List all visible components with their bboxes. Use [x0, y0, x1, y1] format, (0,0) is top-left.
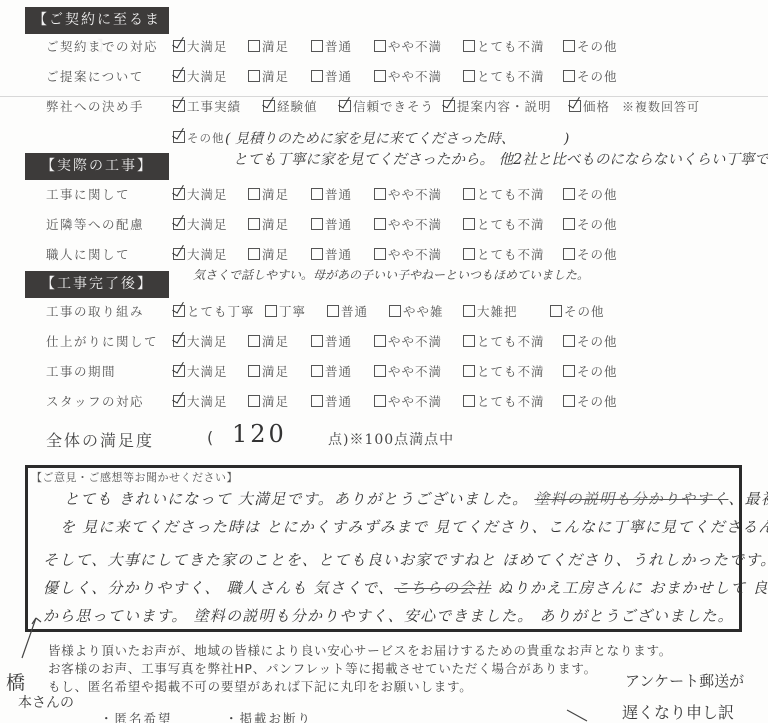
option-other[interactable]: その他	[563, 243, 618, 267]
checkbox-icon[interactable]	[248, 40, 260, 52]
checkbox-icon[interactable]	[374, 365, 386, 377]
row-craftsmen: 職人に関して 大満足 満足 普通 やや不満 とても不満 その他	[0, 243, 768, 267]
option-satisfied[interactable]: 満足	[248, 360, 289, 384]
checkbox-icon[interactable]	[563, 218, 575, 230]
overall-score-input[interactable]: 120	[232, 420, 287, 448]
decline-publication-option[interactable]: ・掲載お断り	[225, 709, 312, 723]
checkbox-icon[interactable]	[311, 40, 323, 52]
option-other[interactable]: その他	[563, 65, 618, 89]
option-other[interactable]: その他	[550, 300, 605, 324]
option-very-dissatisfied[interactable]: とても不満	[463, 390, 545, 414]
option-somewhat-dissatisfied[interactable]: やや不満	[374, 183, 442, 207]
section-header-after-completion: 【工事完了後】	[25, 271, 169, 298]
option-normal[interactable]: 普通	[311, 65, 352, 89]
checkbox-icon[interactable]	[311, 248, 323, 260]
arrow-icon	[10, 600, 50, 660]
checkbox-icon[interactable]	[311, 218, 323, 230]
handwritten-other-reason-2: とても丁寧に家を見てくださったから。 他2社と比べものにならないくらい丁寧でした…	[233, 148, 768, 169]
open-paren: (	[207, 428, 213, 447]
checkbox-checked-icon[interactable]	[263, 100, 275, 112]
option-other[interactable]: その他	[563, 35, 618, 59]
checkbox-icon[interactable]	[563, 395, 575, 407]
row-label: 仕上がりに関して	[46, 330, 158, 354]
row-decision-other: その他 ( 見積りのために家を見に来てくださった時、 )	[0, 126, 768, 150]
row-finish: 仕上がりに関して 大満足 満足 普通 やや不満 とても不満 その他	[0, 330, 768, 354]
option-trustworthy[interactable]: 信頼できそう	[339, 95, 434, 119]
checkbox-checked-icon[interactable]	[173, 218, 185, 230]
checkbox-icon[interactable]	[248, 335, 260, 347]
checkbox-icon[interactable]	[265, 305, 277, 317]
checkbox-icon[interactable]	[311, 188, 323, 200]
checkbox-icon[interactable]	[248, 395, 260, 407]
option-very-dissatisfied[interactable]: とても不満	[463, 183, 545, 207]
option-very-satisfied[interactable]: 大満足	[173, 243, 228, 267]
struck-text: 塗料の説明も分かりやすく	[534, 490, 728, 508]
option-very-sloppy[interactable]: 大雑把	[463, 300, 518, 324]
row-label: 近隣等への配慮	[46, 213, 144, 237]
checkbox-icon[interactable]	[463, 248, 475, 260]
checkbox-checked-icon[interactable]	[339, 100, 351, 112]
checkbox-icon[interactable]	[463, 395, 475, 407]
checkbox-icon[interactable]	[463, 70, 475, 82]
handwritten-other-reason-1: ( 見積りのために家を見に来てくださった時、 )	[225, 128, 569, 148]
struck-text: こちらの会社	[394, 579, 491, 597]
footer-note-3: もし、匿名希望や掲載不可の要望があれば下記に丸印をお願いします。	[48, 677, 473, 695]
option-very-dissatisfied[interactable]: とても不満	[463, 213, 545, 237]
option-somewhat-dissatisfied[interactable]: やや不満	[374, 330, 442, 354]
option-somewhat-dissatisfied[interactable]: やや不満	[374, 35, 442, 59]
checkbox-icon[interactable]	[248, 248, 260, 260]
checkbox-icon[interactable]	[374, 188, 386, 200]
option-proposal-explanation[interactable]: 提案内容・説明	[443, 95, 552, 119]
checkbox-icon[interactable]	[374, 335, 386, 347]
option-other[interactable]: その他	[173, 126, 225, 150]
row-effort: 工事の取り組み とても丁寧 丁寧 普通 やや雑 大雑把 その他	[0, 300, 768, 324]
checkbox-checked-icon[interactable]	[173, 365, 185, 377]
option-satisfied[interactable]: 満足	[248, 35, 289, 59]
row-contract-response: ご契約までの対応 大満足 満足 普通 やや不満 とても不満 その他	[0, 35, 768, 59]
option-very-satisfied[interactable]: 大満足	[173, 390, 228, 414]
row-staff: スタッフの対応 大満足 満足 普通 やや不満 とても不満 その他	[0, 390, 768, 414]
checkbox-icon[interactable]	[374, 395, 386, 407]
option-very-satisfied[interactable]: 大満足	[173, 183, 228, 207]
option-careful[interactable]: 丁寧	[265, 300, 306, 324]
option-very-careful[interactable]: とても丁寧	[173, 300, 255, 324]
comments-title: 【ご意見・ご感想等お聞かせください】	[31, 469, 238, 485]
checkbox-checked-icon[interactable]	[173, 305, 185, 317]
checkbox-checked-icon[interactable]	[173, 70, 185, 82]
margin-note-name-2: 本さんの	[18, 692, 74, 712]
checkbox-icon[interactable]	[550, 305, 562, 317]
option-satisfied[interactable]: 満足	[248, 213, 289, 237]
comment-line-5: から思っています。 塗料の説明も分かりやすく、安心できました。 ありがとうござい…	[43, 605, 734, 626]
option-somewhat-dissatisfied[interactable]: やや不満	[374, 360, 442, 384]
checkbox-icon[interactable]	[311, 365, 323, 377]
row-neighbors: 近隣等への配慮 大満足 満足 普通 やや不満 とても不満 その他	[0, 213, 768, 237]
option-normal[interactable]: 普通	[311, 183, 352, 207]
option-other[interactable]: その他	[563, 360, 618, 384]
option-normal[interactable]: 普通	[311, 330, 352, 354]
checkbox-icon[interactable]	[374, 40, 386, 52]
option-very-dissatisfied[interactable]: とても不満	[463, 243, 545, 267]
checkbox-icon[interactable]	[374, 70, 386, 82]
row-work: 工事に関して 大満足 満足 普通 やや不満 とても不満 その他	[0, 183, 768, 207]
row-label: ご契約までの対応	[46, 35, 158, 59]
checkbox-checked-icon[interactable]	[173, 395, 185, 407]
option-normal[interactable]: 普通	[311, 213, 352, 237]
checkbox-icon[interactable]	[248, 365, 260, 377]
checkbox-checked-icon[interactable]	[443, 100, 455, 112]
checkbox-icon[interactable]	[248, 218, 260, 230]
option-satisfied[interactable]: 満足	[248, 243, 289, 267]
checkbox-checked-icon[interactable]	[173, 188, 185, 200]
checkbox-icon[interactable]	[327, 305, 339, 317]
option-satisfied[interactable]: 満足	[248, 390, 289, 414]
margin-note-apology-1: アンケート郵送が	[625, 670, 744, 691]
checkbox-icon[interactable]	[311, 395, 323, 407]
checkbox-icon[interactable]	[563, 365, 575, 377]
checkbox-icon[interactable]	[563, 335, 575, 347]
option-somewhat-dissatisfied[interactable]: やや不満	[374, 243, 442, 267]
comment-line-4: 優しく、分かりやすく、 職人さんも 気さくで、こちらの会社 ぬりかえ工房さんに …	[43, 577, 768, 598]
anonymous-request-option[interactable]: ・匿名希望	[100, 709, 173, 723]
option-satisfied[interactable]: 満足	[248, 183, 289, 207]
option-somewhat-dissatisfied[interactable]: やや不満	[374, 65, 442, 89]
checkbox-checked-icon[interactable]	[173, 335, 185, 347]
checkbox-icon[interactable]	[374, 218, 386, 230]
row-period: 工事の期間 大満足 満足 普通 やや不満 とても不満 その他	[0, 360, 768, 384]
row-label: 弊社への決め手	[46, 95, 144, 119]
row-proposal: ご提案について 大満足 満足 普通 やや不満 とても不満 その他	[0, 65, 768, 89]
checkbox-icon[interactable]	[563, 188, 575, 200]
row-label: 工事の取り組み	[46, 300, 144, 324]
option-very-satisfied[interactable]: 大満足	[173, 65, 228, 89]
checkbox-icon[interactable]	[563, 248, 575, 260]
option-price[interactable]: 価格	[569, 95, 610, 119]
option-normal[interactable]: 普通	[311, 243, 352, 267]
option-very-satisfied[interactable]: 大満足	[173, 35, 228, 59]
overall-satisfaction-label: 全体の満足度	[46, 428, 154, 451]
footer-note-2: お客様のお声、工事写真を弊社HP、パンフレット等に掲載させていただく場合がありま…	[48, 659, 597, 677]
option-other[interactable]: その他	[563, 390, 618, 414]
option-very-dissatisfied[interactable]: とても不満	[463, 65, 545, 89]
checkbox-icon[interactable]	[374, 248, 386, 260]
option-track-record[interactable]: 工事実績	[173, 95, 241, 119]
checkbox-icon[interactable]	[463, 188, 475, 200]
option-very-satisfied[interactable]: 大満足	[173, 360, 228, 384]
option-somewhat-dissatisfied[interactable]: やや不満	[374, 390, 442, 414]
row-label: 職人に関して	[46, 243, 130, 267]
option-normal[interactable]: 普通	[327, 300, 368, 324]
checkbox-icon[interactable]	[463, 305, 475, 317]
checkbox-icon[interactable]	[389, 305, 401, 317]
checkbox-icon[interactable]	[563, 40, 575, 52]
stroke-mark-icon	[565, 708, 595, 723]
option-normal[interactable]: 普通	[311, 390, 352, 414]
option-normal[interactable]: 普通	[311, 35, 352, 59]
row-label: スタッフの対応	[46, 390, 144, 414]
comment-line-3: そして、大事にしてきた家のことを、とても良いお家ですねと ほめてくださり、うれし…	[43, 549, 768, 570]
overall-score-suffix: 点)※100点満点中	[328, 429, 454, 449]
row-label: 工事の期間	[46, 360, 116, 384]
option-very-satisfied[interactable]: 大満足	[173, 330, 228, 354]
option-satisfied[interactable]: 満足	[248, 65, 289, 89]
comment-line-2: を 見に来てくださった時は とにかくすみずみまで 見てくださり、こんなに丁寧に見…	[60, 516, 768, 537]
checkbox-icon[interactable]	[248, 70, 260, 82]
option-experience[interactable]: 経験値	[263, 95, 318, 119]
option-satisfied[interactable]: 満足	[248, 330, 289, 354]
margin-note-apology-2: 遅くなり申し訳	[622, 700, 734, 723]
option-other[interactable]: その他	[563, 330, 618, 354]
checkbox-checked-icon[interactable]	[173, 40, 185, 52]
checkbox-icon[interactable]	[311, 70, 323, 82]
multiple-answer-note: ※複数回答可	[622, 95, 700, 119]
option-somewhat-dissatisfied[interactable]: やや不満	[374, 213, 442, 237]
checkbox-checked-icon[interactable]	[569, 100, 581, 112]
checkbox-icon[interactable]	[463, 365, 475, 377]
option-somewhat-sloppy[interactable]: やや雑	[389, 300, 444, 324]
margin-note-name-1: 橋	[6, 668, 25, 695]
section-header-contract: 【ご契約に至るまで】	[25, 7, 169, 34]
row-decision-factors: 弊社への決め手 工事実績 経験値 信頼できそう 提案内容・説明 価格 ※複数回答…	[0, 95, 768, 119]
row-label: ご提案について	[46, 65, 144, 89]
checkbox-icon[interactable]	[463, 40, 475, 52]
comment-line-1: とても きれいになって 大満足です。ありがとうございました。 塗料の説明も分かり…	[64, 488, 768, 509]
option-very-dissatisfied[interactable]: とても不満	[463, 360, 545, 384]
footer-note-1: 皆様より頂いたお声が、地域の皆様により良い安心サービスをお届けするための貴重なお…	[48, 641, 672, 659]
option-normal[interactable]: 普通	[311, 360, 352, 384]
checkbox-icon[interactable]	[248, 188, 260, 200]
checkbox-checked-icon[interactable]	[173, 131, 185, 143]
row-label: 工事に関して	[46, 183, 130, 207]
checkbox-icon[interactable]	[311, 335, 323, 347]
option-very-dissatisfied[interactable]: とても不満	[463, 330, 545, 354]
handwritten-craftsmen-comment: 気さくで話しやすい。母があの子いい子やねーといつもほめていました。	[193, 266, 589, 283]
checkbox-checked-icon[interactable]	[173, 100, 185, 112]
checkbox-icon[interactable]	[463, 335, 475, 347]
checkbox-icon[interactable]	[563, 70, 575, 82]
option-very-satisfied[interactable]: 大満足	[173, 213, 228, 237]
section-header-construction: 【実際の工事】	[25, 153, 169, 180]
checkbox-icon[interactable]	[463, 218, 475, 230]
option-very-dissatisfied[interactable]: とても不満	[463, 35, 545, 59]
checkbox-checked-icon[interactable]	[173, 248, 185, 260]
option-other[interactable]: その他	[563, 213, 618, 237]
option-other[interactable]: その他	[563, 183, 618, 207]
